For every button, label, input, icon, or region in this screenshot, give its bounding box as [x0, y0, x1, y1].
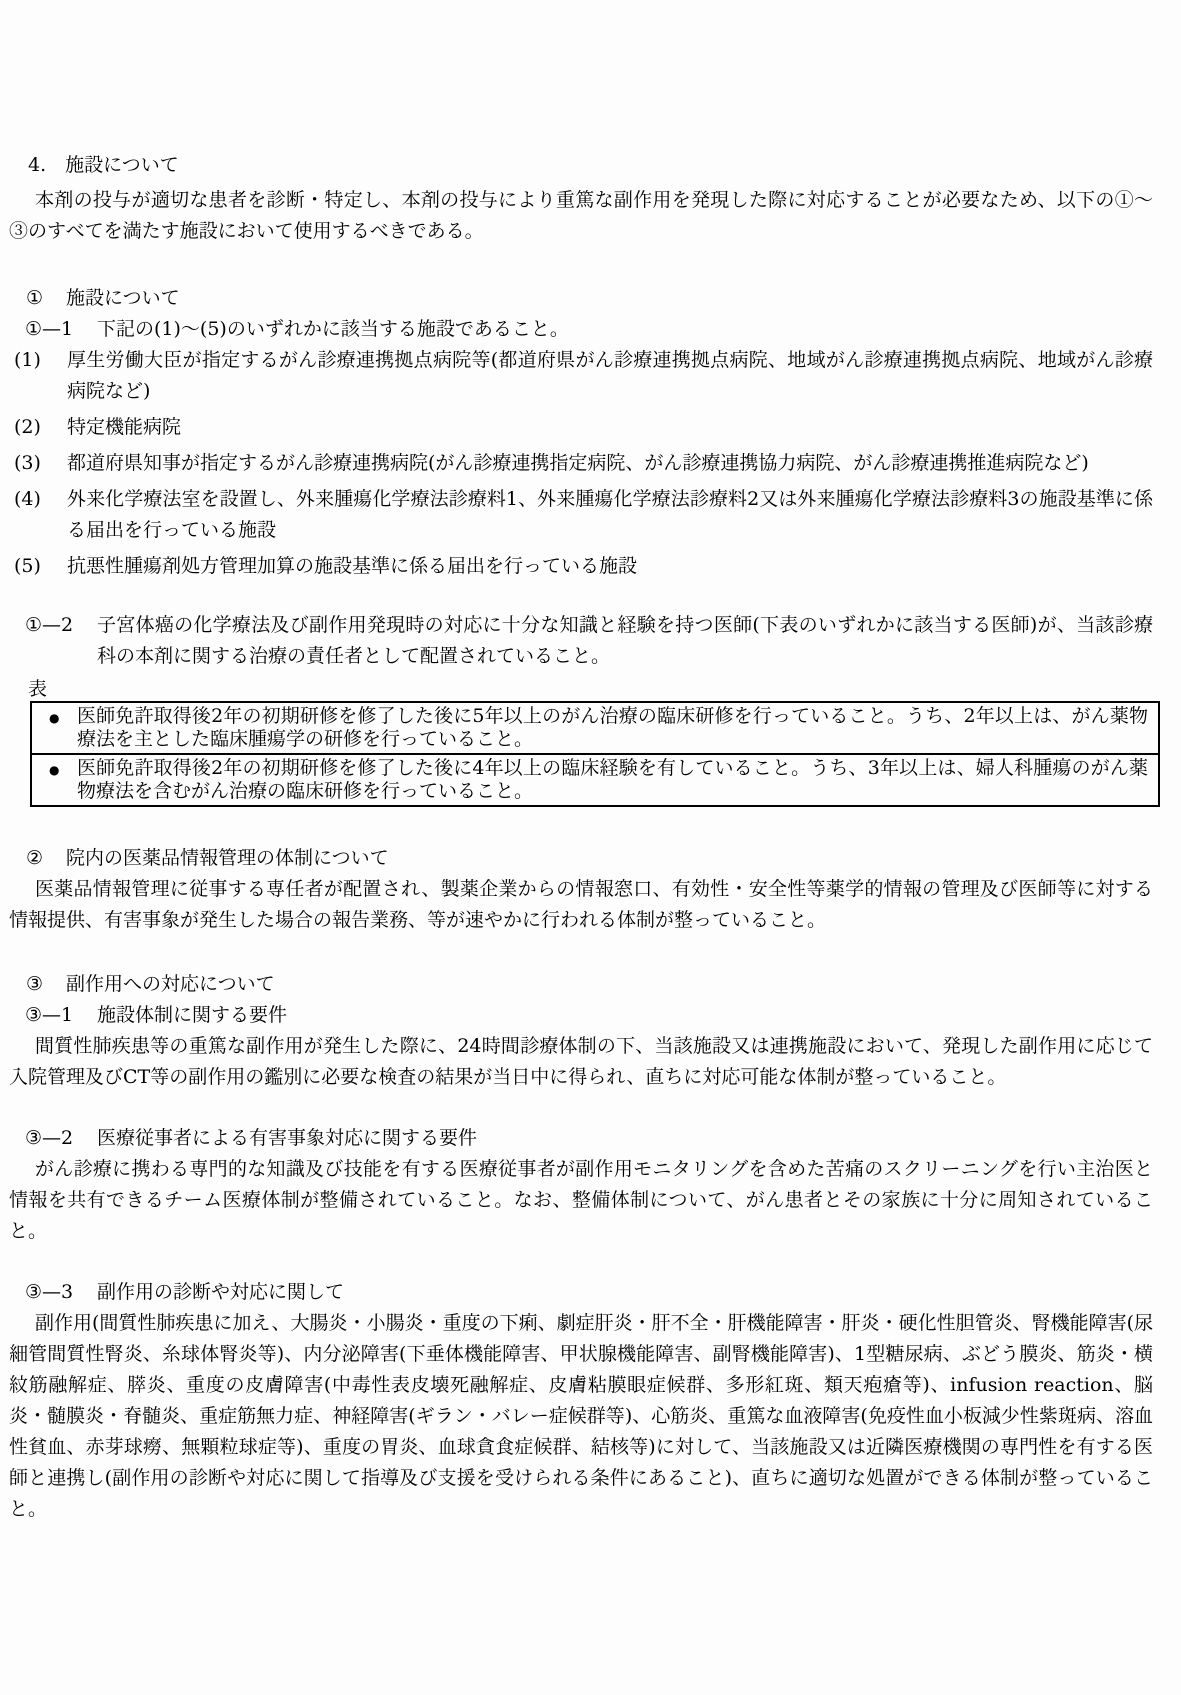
section3-heading: ③ 副作用への対応について [26, 969, 1153, 1000]
document-page: 4. 施設について 本剤の投与が適切な患者を診断・特定し、本剤の投与により重篤な… [0, 0, 1181, 1695]
subsection3-1-paragraph: 間質性肺疾患等の重篤な副作用が発生した際に、24時間診療体制の下、当該施設又は連… [9, 1031, 1153, 1093]
subsection3-2-number: ③—2 [25, 1123, 97, 1154]
facility-list-item: (1) 厚生労働大臣が指定するがん診療連携拠点病院等(都道府県がん診療連携拠点病… [14, 345, 1153, 407]
subsection3-3-paragraph: 副作用(間質性肺疾患に加え、大腸炎・小腸炎・重度の下痢、劇症肝炎・肝不全・肝機能… [9, 1308, 1153, 1525]
section3-title: 副作用への対応について [66, 969, 1153, 1000]
subsection1-1-text: 下記の(1)～(5)のいずれかに該当する施設であること。 [97, 314, 1153, 345]
facility-list-item: (4) 外来化学療法室を設置し、外来腫瘍化学療法診療料1、外来腫瘍化学療法診療料… [14, 484, 1153, 546]
subsection3-2-title: 医療従事者による有害事象対応に関する要件 [97, 1123, 1153, 1154]
facility-list-item: (2) 特定機能病院 [14, 412, 1153, 443]
item-text: 外来化学療法室を設置し、外来腫瘍化学療法診療料1、外来腫瘍化学療法診療料2又は外… [67, 484, 1153, 546]
subsection1-1-number: ①—1 [25, 314, 97, 345]
section-heading: 4. 施設について [28, 150, 1153, 181]
table-row: ● 医師免許取得後2年の初期研修を修了した後に4年以上の臨床経験を有していること… [32, 753, 1158, 805]
item-text: 抗悪性腫瘍剤処方管理加算の施設基準に係る届出を行っている施設 [67, 551, 1153, 582]
section2-heading: ② 院内の医薬品情報管理の体制について [26, 843, 1153, 874]
item-text: 特定機能病院 [67, 412, 1153, 443]
subsection3-2-heading: ③—2 医療従事者による有害事象対応に関する要件 [25, 1123, 1153, 1154]
subsection3-3-number: ③—3 [25, 1277, 97, 1308]
bullet-icon: ● [32, 757, 77, 803]
facility-list-item: (3) 都道府県知事が指定するがん診療連携病院(がん診療連携指定病院、がん診療連… [14, 448, 1153, 479]
section1-heading: ① 施設について [26, 283, 1153, 314]
section1-number: ① [26, 283, 66, 314]
item-number: (5) [14, 551, 67, 582]
intro-paragraph: 本剤の投与が適切な患者を診断・特定し、本剤の投与により重篤な副作用を発現した際に… [9, 185, 1153, 247]
section2-paragraph: 医薬品情報管理に従事する専任者が配置され、製薬企業からの情報窓口、有効性・安全性… [9, 874, 1153, 936]
item-number: (3) [14, 448, 67, 479]
table-row-text: 医師免許取得後2年の初期研修を修了した後に4年以上の臨床経験を有していること。う… [77, 757, 1148, 803]
subsection1-2-text: 子宮体癌の化学療法及び副作用発現時の対応に十分な知識と経験を持つ医師(下表のいず… [97, 610, 1153, 672]
section2-number: ② [26, 843, 66, 874]
item-text: 都道府県知事が指定するがん診療連携病院(がん診療連携指定病院、がん診療連携協力病… [67, 448, 1153, 479]
table-row: ● 医師免許取得後2年の初期研修を修了した後に5年以上のがん治療の臨床研修を行っ… [32, 703, 1158, 753]
item-text: 厚生労働大臣が指定するがん診療連携拠点病院等(都道府県がん診療連携拠点病院、地域… [67, 345, 1153, 407]
item-number: (4) [14, 484, 67, 515]
subsection3-1-number: ③—1 [25, 1000, 97, 1031]
subsection3-3-title: 副作用の診断や対応に関して [97, 1277, 1153, 1308]
subsection1-1-heading: ①—1 下記の(1)～(5)のいずれかに該当する施設であること。 [25, 314, 1153, 345]
section2-title: 院内の医薬品情報管理の体制について [66, 843, 1153, 874]
subsection3-2-paragraph: がん診療に携わる専門的な知識及び技能を有する医療従事者が副作用モニタリングを含め… [9, 1154, 1153, 1247]
table-row-text: 医師免許取得後2年の初期研修を修了した後に5年以上のがん治療の臨床研修を行ってい… [77, 705, 1148, 751]
facility-list: (1) 厚生労働大臣が指定するがん診療連携拠点病院等(都道府県がん診療連携拠点病… [9, 345, 1153, 582]
item-number: (1) [14, 345, 67, 376]
subsection3-1-heading: ③—1 施設体制に関する要件 [25, 1000, 1153, 1031]
subsection3-3-heading: ③—3 副作用の診断や対応に関して [25, 1277, 1153, 1308]
requirements-table: ● 医師免許取得後2年の初期研修を修了した後に5年以上のがん治療の臨床研修を行っ… [30, 701, 1160, 807]
facility-list-item: (5) 抗悪性腫瘍剤処方管理加算の施設基準に係る届出を行っている施設 [14, 551, 1153, 582]
subsection1-2-number: ①—2 [25, 610, 97, 641]
section3-number: ③ [26, 969, 66, 1000]
subsection1-2-heading: ①—2 子宮体癌の化学療法及び副作用発現時の対応に十分な知識と経験を持つ医師(下… [25, 610, 1153, 672]
bullet-icon: ● [32, 705, 77, 751]
section1-title: 施設について [66, 283, 1153, 314]
table-label: 表 [28, 677, 1153, 701]
item-number: (2) [14, 412, 67, 443]
subsection3-1-title: 施設体制に関する要件 [97, 1000, 1153, 1031]
